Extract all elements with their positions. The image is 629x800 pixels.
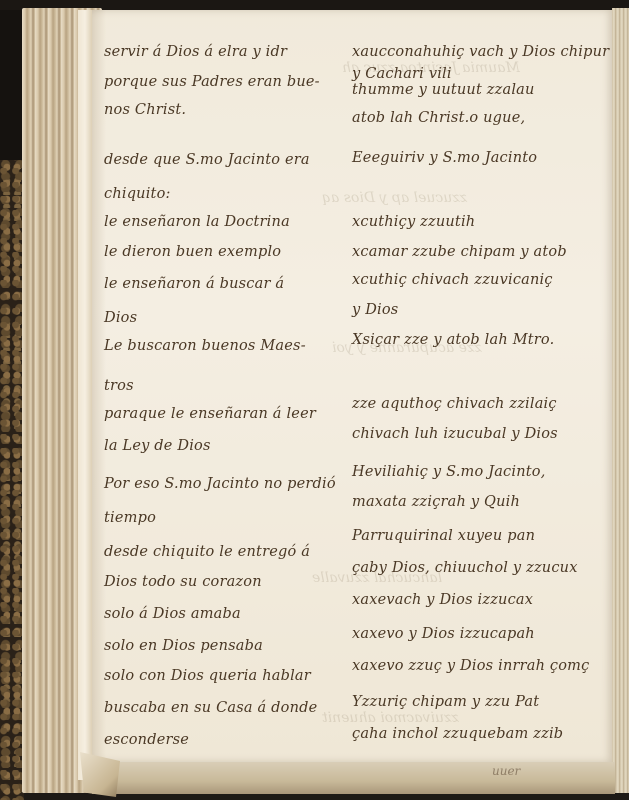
- manuscript-line: Por eso S.mo Jacinto no perdió: [104, 476, 336, 492]
- page-fold: [78, 10, 92, 780]
- manuscript-line: desde que S.mo Jacinto era: [104, 152, 310, 168]
- manuscript-line: desde chiquito le entregó á: [104, 544, 310, 560]
- manuscript-line: servir á Dios á elra y idr: [104, 44, 287, 60]
- manuscript-line: xcuthiç chivach zzuvicaniç: [352, 272, 553, 288]
- manuscript-line: tiempo: [104, 510, 156, 526]
- manuscript-line: çaha inchol zzuquebam zzib: [352, 726, 563, 742]
- manuscript-line: thumme y uutuut zzalau: [352, 82, 535, 98]
- manuscript-line: chiquito:: [104, 186, 171, 202]
- manuscript-line: xaucconahuhiç vach y Dios chipur: [352, 44, 609, 60]
- manuscript-line: Parruquirinal xuyeu pan: [352, 528, 535, 544]
- bleed-through-text: zzuivacmoi ahuenit: [322, 710, 459, 726]
- manuscript-line: chivach luh izucubal y Dios: [352, 426, 558, 442]
- manuscript-line: solo á Dios amaba: [104, 606, 241, 622]
- manuscript-line: Eeeguiriv y S.mo Jacinto: [352, 150, 537, 166]
- manuscript-line: atob lah Christ.o ugue,: [352, 110, 525, 126]
- bleed-through-text: zzucuel ap y Dios aq: [322, 190, 467, 206]
- manuscript-line: y Cachari vili: [352, 66, 452, 82]
- page-right-edge: [612, 8, 629, 793]
- manuscript-line: xcamar zzube chipam y atob: [352, 244, 567, 260]
- manuscript-line: tros: [104, 378, 134, 394]
- manuscript-line: solo con Dios queria hablar: [104, 668, 311, 684]
- manuscript-line: Dios todo su corazon: [104, 574, 262, 590]
- manuscript-line: le dieron buen exemplo: [104, 244, 281, 260]
- manuscript-line: xaxevo zzuç y Dios inrrah çomç: [352, 658, 589, 674]
- manuscript-line: xcuthiçy zzuutih: [352, 214, 475, 230]
- manuscript-line: la Ley de Dios: [104, 438, 211, 454]
- manuscript-line: paraque le enseñaran á leer: [104, 406, 316, 422]
- manuscript-line: porque sus Padres eran bue-: [104, 74, 320, 90]
- manuscript-line: buscaba en su Casa á donde: [104, 700, 317, 716]
- manuscript-line: maxata zziçrah y Quih: [352, 494, 520, 510]
- manuscript-line: xaxevach y Dios izzucax: [352, 592, 533, 608]
- manuscript-line: nos Christ.: [104, 102, 186, 118]
- manuscript-line: Dios: [104, 310, 137, 326]
- manuscript-line: çaby Dios, chiuuchol y zzucux: [352, 560, 578, 576]
- manuscript-line: le enseñaron la Doctrina: [104, 214, 290, 230]
- manuscript-line: zze aquthoç chivach zzilaiç: [352, 396, 557, 412]
- manuscript-line: le enseñaron á buscar á: [104, 276, 284, 292]
- manuscript-line: Xsiçar zze y atob lah Mtro.: [352, 332, 554, 348]
- page-bottom-edge: [92, 762, 615, 794]
- manuscript-line: solo en Dios pensaba: [104, 638, 263, 654]
- manuscript-line: y Dios: [352, 302, 398, 318]
- bottom-margin-note: uuer: [492, 764, 520, 778]
- manuscript-line: Yzzuriç chipam y zzu Pat: [352, 694, 539, 710]
- manuscript-line: Heviliahiç y S.mo Jacinto,: [352, 464, 546, 480]
- manuscript-line: esconderse: [104, 732, 189, 748]
- manuscript-line: Le buscaron buenos Maes-: [104, 338, 306, 354]
- manuscript-line: xaxevo y Dios izzucapah: [352, 626, 535, 642]
- background-dark: [0, 0, 24, 160]
